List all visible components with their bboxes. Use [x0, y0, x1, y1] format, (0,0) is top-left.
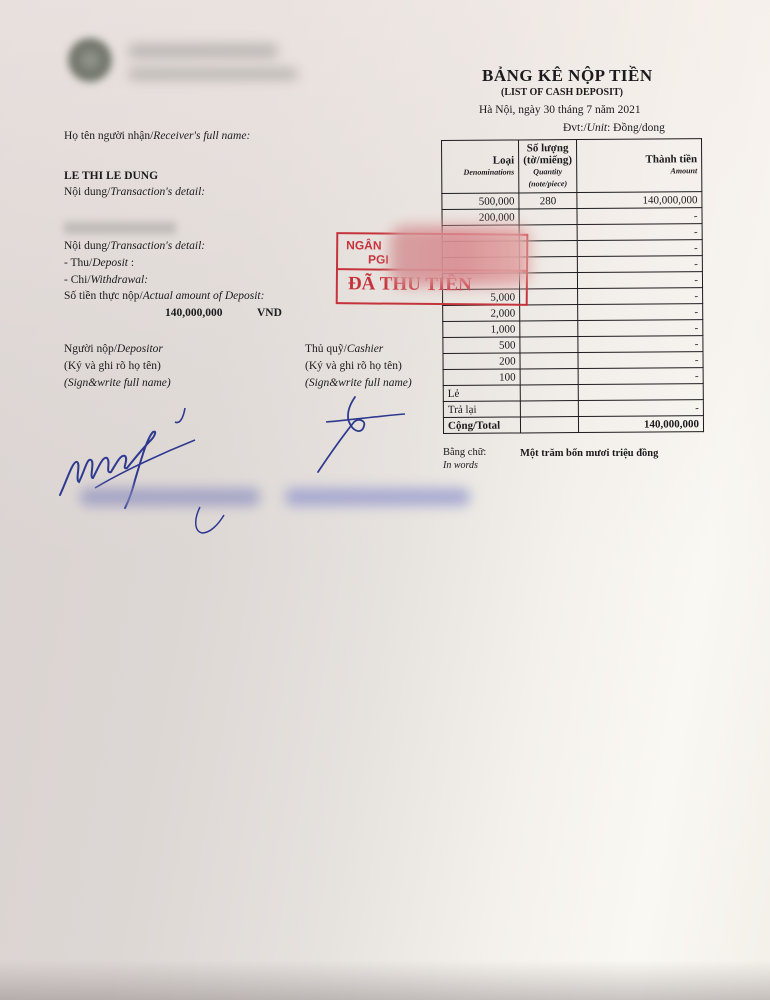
amount-cell: - [577, 272, 702, 289]
quantity-cell [519, 209, 577, 225]
stamp-redacted [390, 226, 530, 286]
header-denomination: LoạiDenominations [442, 140, 519, 194]
depositor-instruction-en: (Sign&write full name) [64, 377, 171, 389]
denomination-cell: 500,000 [442, 193, 519, 210]
quantity-cell [520, 321, 578, 337]
quantity-cell [520, 385, 578, 401]
depositor-instruction: (Ký và ghi rõ họ tên) [64, 360, 161, 372]
bank-branch-redacted [128, 68, 298, 80]
amount-cell: 140,000,000 [577, 192, 702, 209]
amount-cell: - [577, 240, 702, 257]
total-amount: 140,000,000 [578, 416, 703, 433]
actual-amount-label: Số tiền thực nộp/Actual amount of Deposi… [64, 290, 264, 302]
amount-cell: - [578, 304, 703, 321]
receiver-detail-label: Nội dung/Transaction's detail: [64, 186, 205, 198]
header-quantity: Số lượng (tờ/miếng)Quantity (note/piece) [519, 140, 577, 193]
amount-cell [578, 384, 703, 401]
denomination-cell: 1,000 [443, 321, 520, 338]
amount-cell: - [577, 208, 702, 225]
quantity-cell [520, 337, 578, 353]
table-row: 500,000280140,000,000 [442, 192, 702, 210]
in-words-value: Một trăm bốn mươi triệu đồng [520, 448, 658, 459]
quantity-cell [520, 305, 578, 321]
bank-logo [68, 38, 112, 82]
paper-shadow [0, 960, 770, 1000]
in-words-label-en: In words [443, 460, 478, 471]
receiver-name: LE THI LE DUNG [64, 170, 158, 182]
actual-amount-value: 140,000,000 [165, 307, 223, 319]
bank-name-redacted [128, 44, 278, 58]
transaction-detail-label: Nội dung/Transaction's detail: [64, 240, 205, 252]
deposit-label: - Thu/Deposit : [64, 257, 134, 269]
stamp-line2: PGI [368, 252, 389, 266]
denomination-cell: 200 [443, 353, 520, 370]
depositor-name-redacted [80, 488, 260, 506]
table-row: 200- [443, 352, 703, 370]
amount-cell: - [578, 368, 703, 385]
in-words-label: Bằng chữ: [443, 447, 486, 458]
quantity-cell [520, 401, 578, 417]
signature-tail [190, 505, 230, 545]
cashier-instruction-en: (Sign&write full name) [305, 377, 412, 389]
table-row: 2,000- [443, 304, 703, 322]
denomination-cell: 2,000 [443, 305, 520, 322]
table-row: 100- [443, 368, 703, 386]
quantity-cell: 280 [519, 193, 577, 209]
amount-cell: - [578, 336, 703, 353]
amount-cell: - [578, 320, 703, 337]
cashier-name-redacted [285, 488, 470, 506]
denomination-cell: 100 [443, 369, 520, 386]
quantity-cell [520, 289, 578, 305]
denomination-cell: 200,000 [442, 209, 519, 226]
stamp-line1: NGÂN [346, 238, 381, 252]
table-row: 200,000- [442, 208, 702, 226]
unit-label: Đvt:/Unit: Đồng/dong [563, 122, 665, 134]
withdrawal-label: - Chi/Withdrawal: [64, 274, 148, 286]
receiver-label: Họ tên người nhận/Receiver's full name: [64, 130, 250, 142]
quantity-cell [520, 369, 578, 385]
amount-cell: - [578, 352, 703, 369]
place-date: Hà Nội, ngày 30 tháng 7 năm 2021 [479, 104, 641, 116]
currency: VND [257, 307, 282, 319]
depositor-signature [55, 400, 205, 540]
amount-cell: - [578, 400, 703, 417]
table-row: 1,000- [443, 320, 703, 338]
table-row: Trả lại- [443, 400, 703, 418]
header-amount: Thành tiềnAmount [577, 139, 702, 193]
denomination-cell: Lẻ [443, 385, 520, 402]
cashier-instruction: (Ký và ghi rõ họ tên) [305, 360, 402, 372]
document-subtitle: (LIST OF CASH DEPOSIT) [501, 87, 623, 98]
cashier-title: Thủ quỹ/Cashier [305, 343, 383, 355]
denomination-cell: Trả lại [443, 401, 520, 418]
total-label: Cộng/Total [443, 417, 520, 434]
table-row: 500- [443, 336, 703, 354]
amount-cell: - [578, 288, 703, 305]
depositor-title: Người nộp/Depositor [64, 343, 163, 355]
amount-cell: - [577, 224, 702, 241]
quantity-cell [520, 353, 578, 369]
denomination-cell: 500 [443, 337, 520, 354]
amount-cell: - [577, 256, 702, 273]
total-quantity [520, 417, 578, 433]
account-number-redacted [64, 222, 176, 234]
total-row: Cộng/Total 140,000,000 [443, 416, 703, 434]
table-row: Lẻ [443, 384, 703, 402]
cashier-signature [310, 392, 420, 482]
document-title: BẢNG KÊ NỘP TIỀN [482, 66, 653, 86]
